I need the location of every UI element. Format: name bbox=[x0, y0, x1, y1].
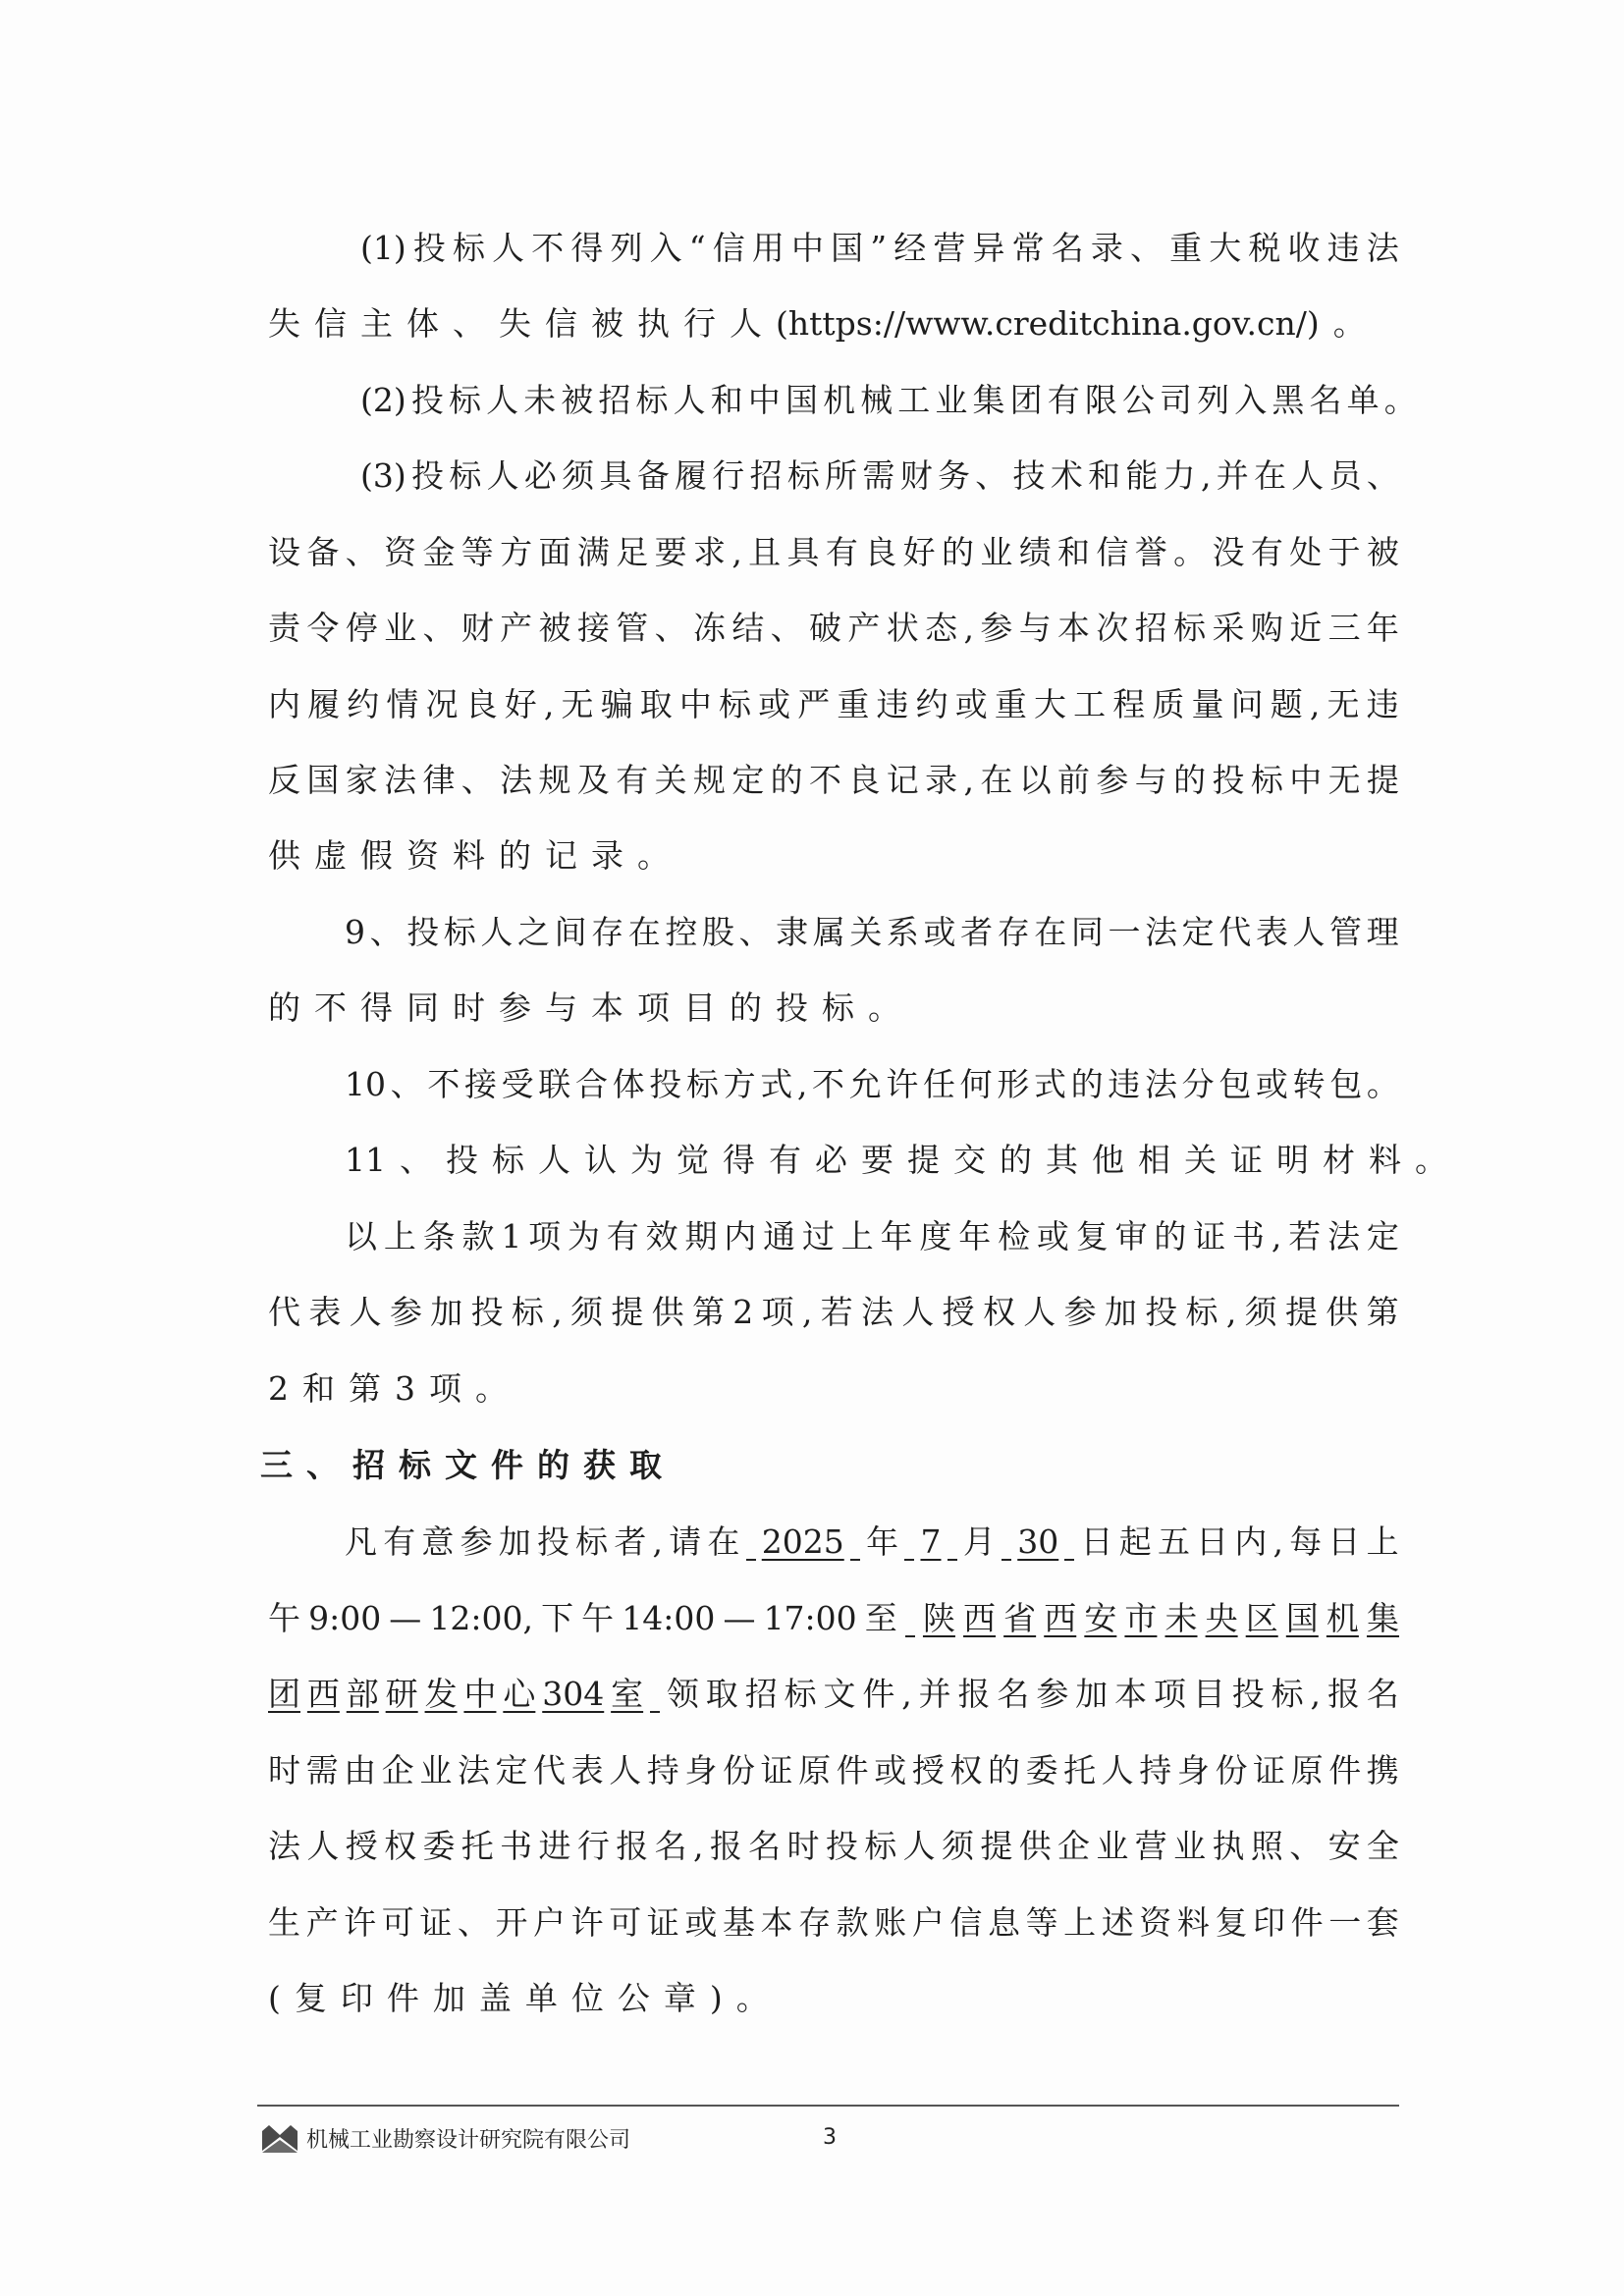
text-line: 法人授权委托书进行报名,报名时投标人须提供企业营业执照、安全 bbox=[268, 1823, 1399, 1870]
underlined-fill-value: 30 bbox=[1017, 1519, 1058, 1566]
underlined-fill-value: 部 bbox=[347, 1671, 379, 1718]
underlined-fill-value: 西 bbox=[307, 1671, 340, 1718]
underlined-fill-value: 心 bbox=[503, 1671, 535, 1718]
text-line: 失信主体、失信被执行人(https://www.creditchina.gov.… bbox=[268, 300, 1380, 347]
text-line: 生产许可证、开户许可证或基本存款账户信息等上述资料复印件一套 bbox=[268, 1899, 1399, 1947]
text-line: 供虚假资料的记录。 bbox=[268, 832, 683, 880]
underlined-fill-value: 室 bbox=[611, 1671, 643, 1718]
text-line: 代表人参加投标,须提供第2项,若法人授权人参加投标,须提供第 bbox=[268, 1289, 1399, 1336]
text-line: 时需由企业法定代表人持身份证原件或授权的委托人持身份证原件携 bbox=[268, 1747, 1399, 1794]
underlined-fill-value: 陕 bbox=[923, 1595, 955, 1642]
text-line: (1)投标人不得列入“信用中国”经营异常名录、重大税收违法 bbox=[360, 225, 1399, 272]
underlined-fill-value: 集 bbox=[1367, 1595, 1399, 1642]
text-line: 责令停业、财产被接管、冻结、破产状态,参与本次招标采购近三年 bbox=[268, 605, 1399, 652]
underlined-fill-value: 安 bbox=[1084, 1595, 1116, 1642]
text-line: 设备、资金等方面满足要求,且具有良好的业绩和信誉。没有处于被 bbox=[268, 529, 1399, 576]
underlined-fill-value: 7 bbox=[920, 1519, 941, 1566]
underlined-fill-value: 央 bbox=[1206, 1595, 1238, 1642]
page-number: 3 bbox=[823, 2120, 837, 2156]
underlined-fill-value: 中 bbox=[463, 1671, 496, 1718]
text-line: 2和第3项。 bbox=[268, 1365, 521, 1413]
underlined-fill-value: 研 bbox=[386, 1671, 418, 1718]
underlined-fill-value: 机 bbox=[1326, 1595, 1359, 1642]
text-line: 10、不接受联合体投标方式,不允许任何形式的违法分包或转包。 bbox=[345, 1061, 1399, 1108]
text-line: 凡有意参加投标者,请在2025年7月30日起五日内,每日上 bbox=[345, 1519, 1399, 1566]
text-line: 的不得同时参与本项目的投标。 bbox=[268, 985, 914, 1032]
text-line: 11、投标人认为觉得有必要提交的其他相关证明材料。 bbox=[345, 1137, 1461, 1184]
underlined-fill-value: 西 bbox=[963, 1595, 996, 1642]
underlined-fill-value: 区 bbox=[1246, 1595, 1278, 1642]
document-page: (1)投标人不得列入“信用中国”经营异常名录、重大税收违法失信主体、失信被执行人… bbox=[0, 0, 1624, 2296]
underlined-fill-value: 西 bbox=[1044, 1595, 1076, 1642]
text-line: 反国家法律、法规及有关规定的不良记录,在以前参与的投标中无提 bbox=[268, 757, 1399, 804]
text-line: (3)投标人必须具备履行招标所需财务、技术和能力,并在人员、 bbox=[360, 453, 1399, 500]
footer-divider bbox=[257, 2105, 1399, 2107]
text-line: (2)投标人未被招标人和中国机械工业集团有限公司列入黑名单。 bbox=[360, 377, 1417, 424]
text-line: 团西部研发中心304室领取招标文件,并报名参加本项目投标,报名 bbox=[268, 1671, 1399, 1718]
text-line: 以上条款1项为有效期内通过上年度年检或复审的证书,若法定 bbox=[345, 1213, 1399, 1260]
text-line: (复印件加盖单位公章)。 bbox=[268, 1975, 783, 2022]
company-logo-icon bbox=[261, 2123, 298, 2153]
underlined-fill-value: 未 bbox=[1165, 1595, 1198, 1642]
text-line: 9、投标人之间存在控股、隶属关系或者存在同一法定代表人管理 bbox=[345, 909, 1399, 956]
underlined-fill-value: 市 bbox=[1124, 1595, 1157, 1642]
underlined-fill-value: 发 bbox=[425, 1671, 458, 1718]
footer-company-name: 机械工业勘察设计研究院有限公司 bbox=[306, 2123, 630, 2154]
underlined-fill-value: 省 bbox=[1003, 1595, 1036, 1642]
underlined-fill-value: 团 bbox=[268, 1671, 300, 1718]
section-heading: 三、招标文件的获取 bbox=[260, 1442, 676, 1489]
text-line: 午9:00—12:00,下午14:00—17:00至陕西省西安市未央区国机集 bbox=[268, 1595, 1399, 1642]
underlined-fill-value: 国 bbox=[1286, 1595, 1319, 1642]
footer: 机械工业勘察设计研究院有限公司 bbox=[261, 2120, 630, 2156]
text-line: 内履约情况良好,无骗取中标或严重违约或重大工程质量问题,无违 bbox=[268, 681, 1399, 728]
underlined-fill-value: 2025 bbox=[762, 1519, 844, 1566]
underlined-fill-value: 304 bbox=[542, 1671, 604, 1718]
